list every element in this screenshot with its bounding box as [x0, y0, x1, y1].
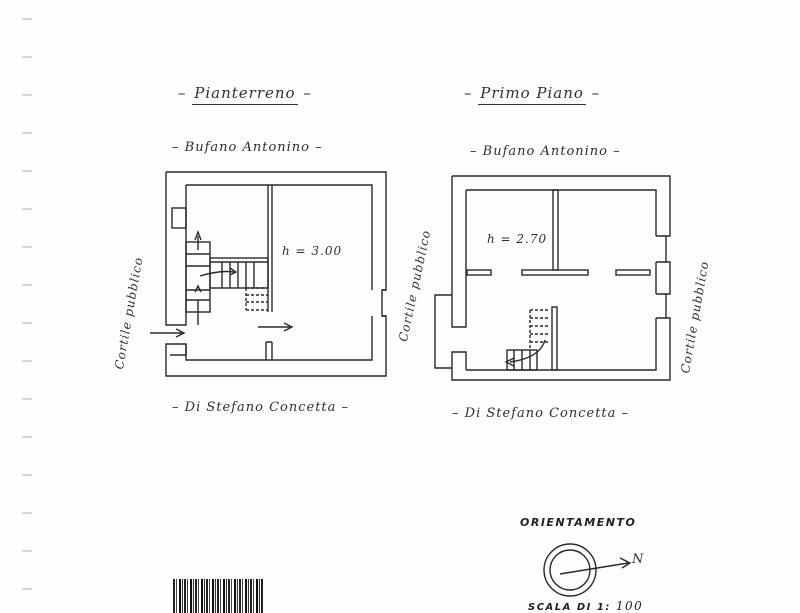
first-floor-north-neighbor-text: Bufano Antonino: [483, 144, 608, 159]
ground-floor-north-neighbor: – Bufano Antonino –: [172, 140, 323, 155]
scale-prefix: SCALA DI 1:: [528, 602, 611, 613]
first-floor-title-text: Primo Piano: [478, 84, 586, 105]
scale-label: SCALA DI 1: 100: [528, 599, 643, 613]
first-floor-south-neighbor-text: Di Stefano Concetta: [465, 406, 617, 421]
first-floor-title: – Primo Piano –: [464, 84, 600, 102]
ground-floor-title: – Pianterreno –: [178, 84, 312, 102]
first-floor-south-neighbor: – Di Stefano Concetta –: [452, 406, 629, 421]
first-floor-room-height: h = 2.70: [487, 232, 547, 246]
floor-plans-drawing: [0, 0, 800, 613]
ground-floor-room-height: h = 3.00: [282, 244, 342, 258]
orientation-compass: [544, 544, 630, 596]
north-symbol: N: [632, 552, 644, 567]
first-floor-plan: [435, 176, 670, 380]
barcode-icon: [173, 575, 263, 613]
ground-floor-title-text: Pianterreno: [192, 84, 297, 105]
orientation-title: ORIENTAMENTO: [520, 516, 636, 529]
ground-floor-north-neighbor-text: Bufano Antonino: [185, 140, 310, 155]
ground-floor-south-neighbor-text: Di Stefano Concetta: [185, 400, 337, 415]
ground-floor-south-neighbor: – Di Stefano Concetta –: [172, 400, 349, 415]
first-floor-north-neighbor: – Bufano Antonino –: [470, 144, 621, 159]
ground-floor-plan: [150, 172, 386, 376]
scale-value: 100: [616, 599, 643, 613]
